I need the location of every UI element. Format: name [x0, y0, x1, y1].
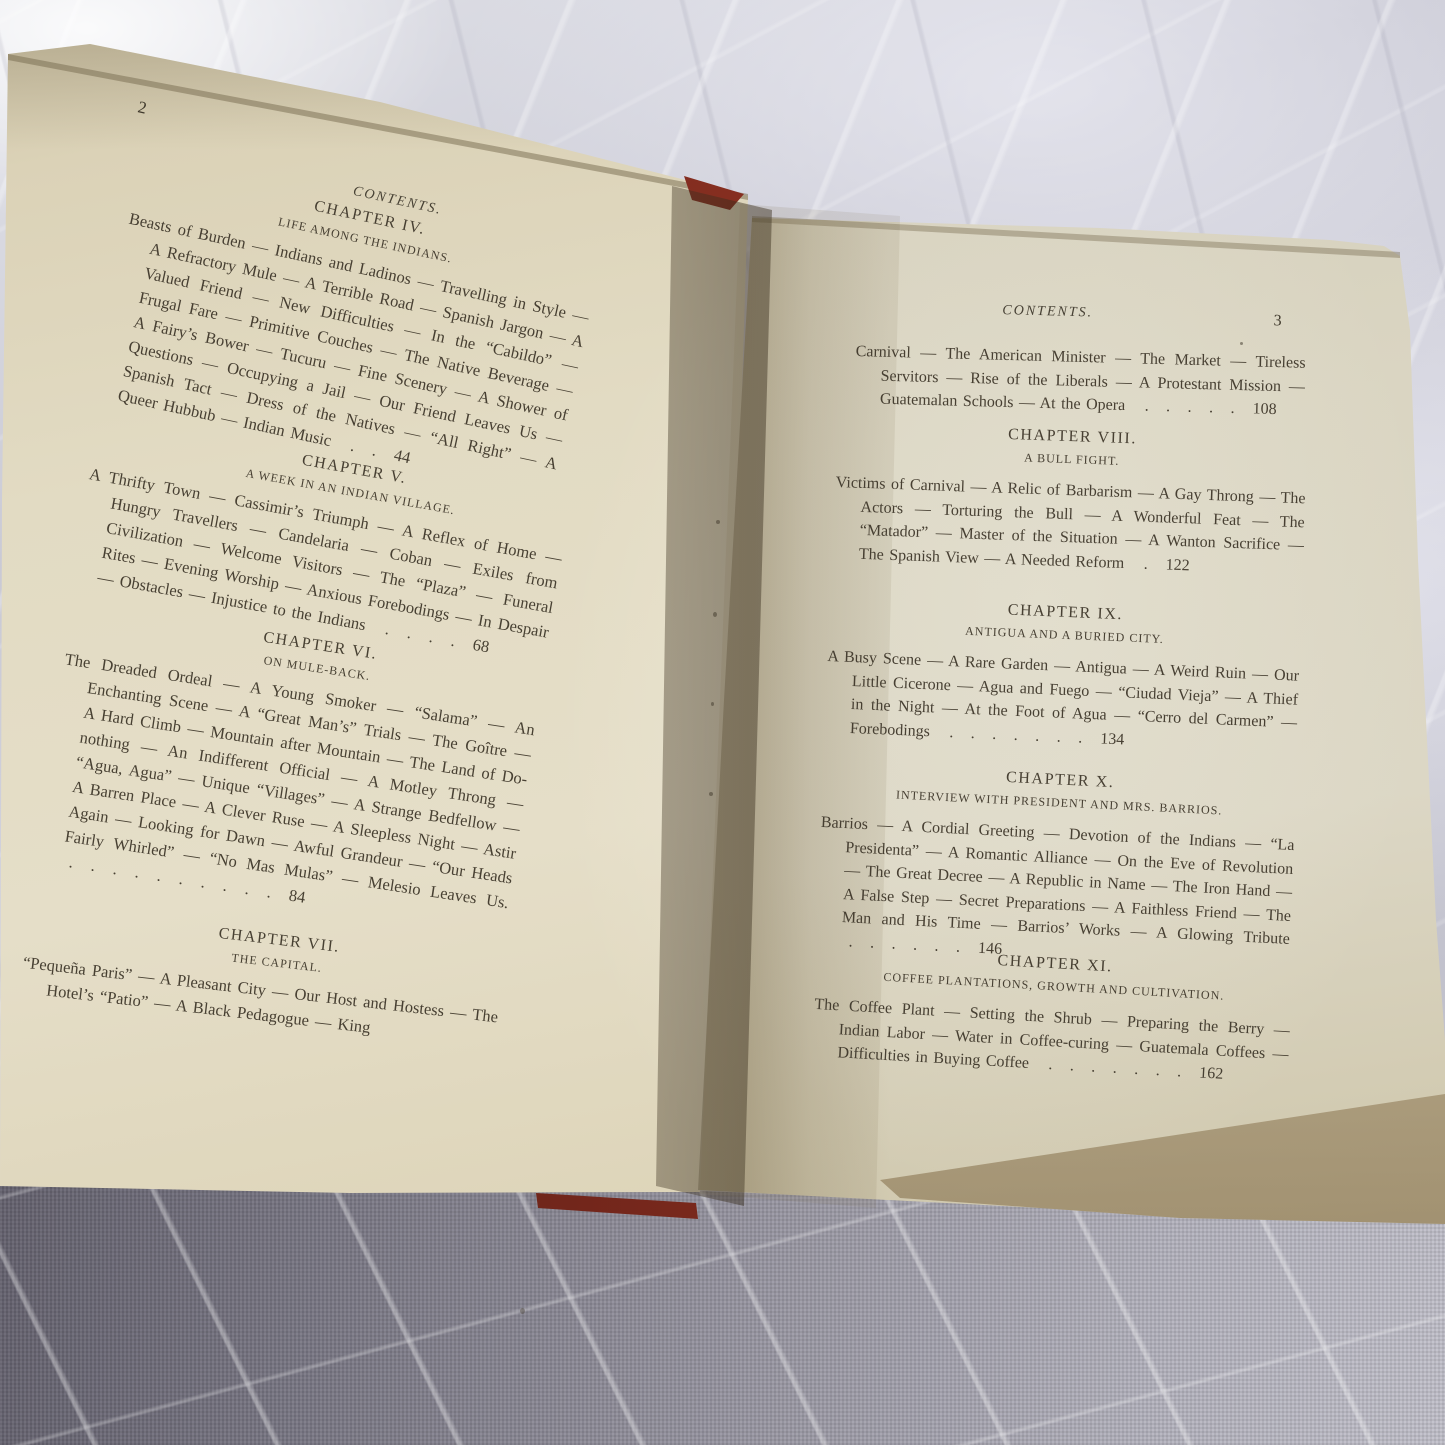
toc-entry-text: Barrios — A Cordial Greeting — Devotion …	[821, 814, 1295, 948]
running-head-right: CONTENTS.	[1002, 303, 1093, 321]
toc-entry: The Coffee Plant — Setting the Shrub — P…	[811, 993, 1290, 1090]
chapter-section: CHAPTER IX.ANTIGUA AND A BURIED CITY.A B…	[824, 594, 1302, 759]
dot-leader: .	[1124, 555, 1154, 573]
right-page-header-row: CONTENTS. 3	[808, 298, 1288, 311]
page-ref: 134	[1088, 729, 1125, 747]
chapter-section: CHAPTER VIII.A BULL FIGHT.Victims of Car…	[833, 420, 1308, 581]
right-page-content: CONTENTS. 3 Carnival — The American Mini…	[0, 0, 1445, 1445]
toc-entry-text: Victims of Carnival — A Relic of Barbari…	[836, 474, 1306, 572]
continued-entry-section: Carnival — The American Minister — The M…	[854, 340, 1306, 422]
dot-leader: . . . . . . .	[930, 723, 1089, 747]
toc-entry: Victims of Carnival — A Relic of Barbari…	[833, 471, 1306, 581]
dot-leader: . . . . .	[1125, 397, 1241, 417]
chapter-section: CHAPTER XI.COFFEE PLANTATIONS, GROWTH AN…	[811, 942, 1293, 1090]
toc-entry-text: A Busy Scene — A Rare Garden — Antigua —…	[827, 648, 1299, 740]
toc-entry: A Busy Scene — A Rare Garden — Antigua —…	[824, 645, 1300, 759]
page-ref: 122	[1153, 556, 1190, 574]
toc-entry: Carnival — The American Minister — The M…	[854, 340, 1306, 422]
page-ref: 108	[1240, 400, 1276, 418]
dot-leader: . . . . . . .	[1029, 1055, 1188, 1081]
chapter-section: CHAPTER X.INTERVIEW WITH PRESIDENT AND M…	[815, 760, 1298, 975]
page-ref: 162	[1187, 1064, 1224, 1083]
page-number-right: 3	[1273, 312, 1281, 330]
book-photo-scene: 2 CONTENTS. CHAPTER IV.LIFE AMONG THE IN…	[0, 0, 1445, 1445]
